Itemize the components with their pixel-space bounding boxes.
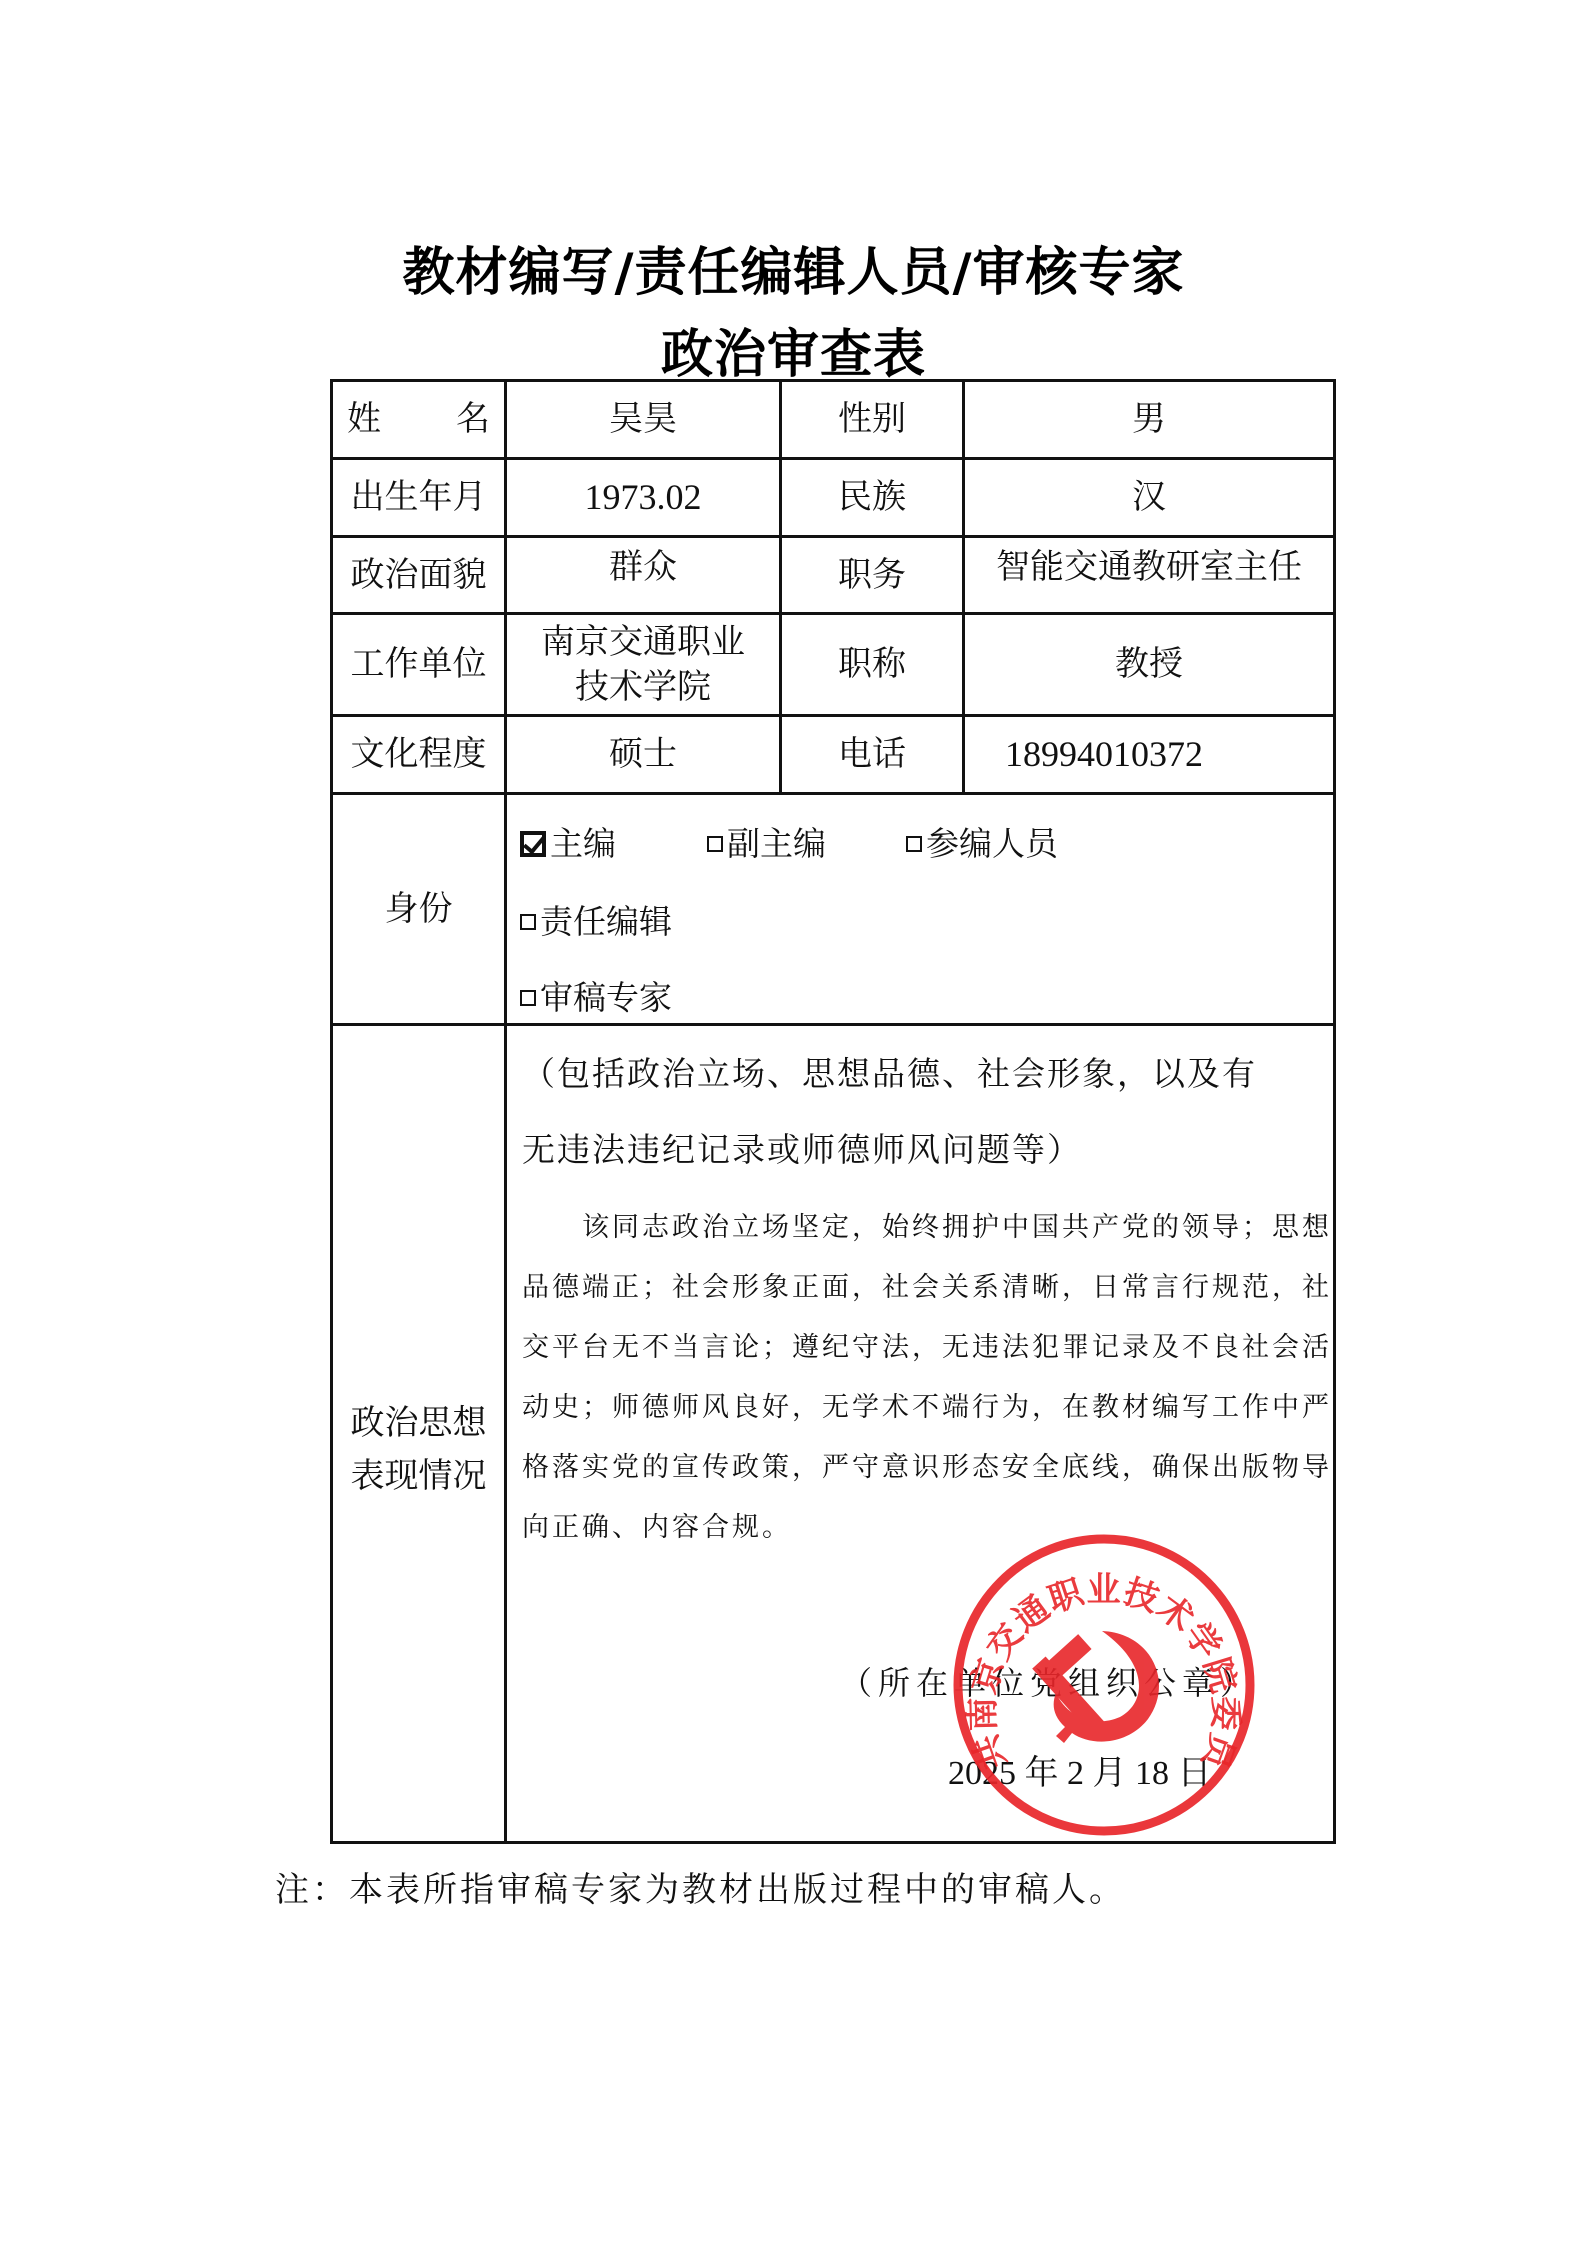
svg-text:中共南京交通职业技术学院委员会: 中共南京交通职业技术学院委员会	[952, 1533, 1245, 1777]
value-ethnicity: 汉	[965, 460, 1333, 535]
identity-option-label: 审稿专家	[540, 972, 672, 1019]
assessment-line4: 动史；师德师风良好，无学术不端行为，在教材编写工作中严	[522, 1385, 1332, 1424]
label-phone: 电话	[782, 717, 962, 792]
identity-option-deputy-editor[interactable]: 副主编	[707, 818, 826, 865]
value-gender: 男	[965, 382, 1333, 457]
checkbox-empty-icon[interactable]	[906, 836, 922, 852]
label-political-status: 政治面貌	[333, 538, 504, 612]
assessment-line5: 格落实党的宣传政策，严守意识形态安全底线，确保出版物导	[522, 1445, 1332, 1484]
label-political-performance: 政治思想 表现情况	[333, 1370, 504, 1530]
identity-option-label: 主编	[550, 818, 616, 865]
identity-option-label: 参编人员	[926, 818, 1058, 865]
label-identity: 身份	[333, 795, 504, 1023]
checkbox-empty-icon[interactable]	[520, 914, 536, 930]
assessment-line1: 该同志政治立场坚定，始终拥护中国共产党的领导；思想	[522, 1205, 1332, 1244]
footnote: 注：本表所指审稿专家为教材出版过程中的审稿人。	[275, 1862, 1126, 1911]
row-divider	[331, 1023, 1336, 1026]
value-education: 硕士	[507, 717, 779, 792]
value-title: 教授	[965, 615, 1333, 714]
label-title: 职称	[782, 615, 962, 714]
identity-option-label: 责任编辑	[540, 896, 672, 943]
label-political-line1: 政治思想	[351, 1397, 487, 1450]
value-employer-line2: 技术学院	[575, 665, 711, 709]
identity-option-label: 副主编	[727, 818, 826, 865]
label-education: 文化程度	[333, 717, 504, 792]
hint-line1: （包括政治立场、思想品德、社会形象，以及有	[522, 1048, 1257, 1095]
label-name: 姓 名	[333, 382, 504, 457]
label-position: 职务	[782, 538, 962, 612]
sign-date: 2025 年 2 月 18 日	[948, 1745, 1212, 1794]
value-political-status: 群众	[507, 530, 779, 604]
table-border-right	[1333, 379, 1336, 1844]
value-employer-line1: 南京交通职业	[541, 620, 745, 664]
seal-caption: （所在单位党组织公章）	[840, 1658, 1258, 1704]
label-birth: 出生年月	[333, 460, 504, 535]
value-birth: 1973.02	[507, 460, 779, 535]
value-position: 智能交通教研室主任	[965, 530, 1333, 604]
label-political-line2: 表现情况	[351, 1450, 487, 1503]
checkbox-empty-icon[interactable]	[520, 990, 536, 1006]
label-gender: 性别	[782, 382, 962, 457]
identity-option-contributor[interactable]: 参编人员	[906, 818, 1058, 865]
assessment-line6: 向正确、内容合规。	[522, 1505, 792, 1544]
label-name-char1: 姓	[347, 397, 381, 441]
assessment-line3: 交平台无不当言论；遵纪守法，无违法犯罪记录及不良社会活	[522, 1325, 1332, 1364]
identity-option-chief-editor[interactable]: 主编	[520, 818, 616, 865]
identity-option-responsible-editor[interactable]: 责任编辑	[520, 896, 672, 943]
value-phone: 18994010372	[1005, 717, 1305, 792]
table-border-bottom	[331, 1841, 1336, 1844]
checkbox-empty-icon[interactable]	[707, 836, 723, 852]
value-employer: 南京交通职业 技术学院	[507, 615, 779, 714]
assessment-line2: 品德端正；社会形象正面，社会关系清晰，日常言行规范，社	[522, 1265, 1332, 1304]
label-employer: 工作单位	[333, 615, 504, 714]
form-title-line1: 教材编写/责任编辑人员/审核专家	[0, 230, 1587, 305]
checkbox-checked-icon[interactable]	[520, 831, 546, 857]
value-name: 吴昊	[507, 382, 779, 457]
hint-line2: 无违法违纪记录或师德师风问题等）	[522, 1124, 1082, 1171]
label-ethnicity: 民族	[782, 460, 962, 535]
identity-option-review-expert[interactable]: 审稿专家	[520, 972, 672, 1019]
form-title-line2: 政治审查表	[0, 312, 1587, 387]
label-name-char2: 名	[456, 397, 490, 441]
